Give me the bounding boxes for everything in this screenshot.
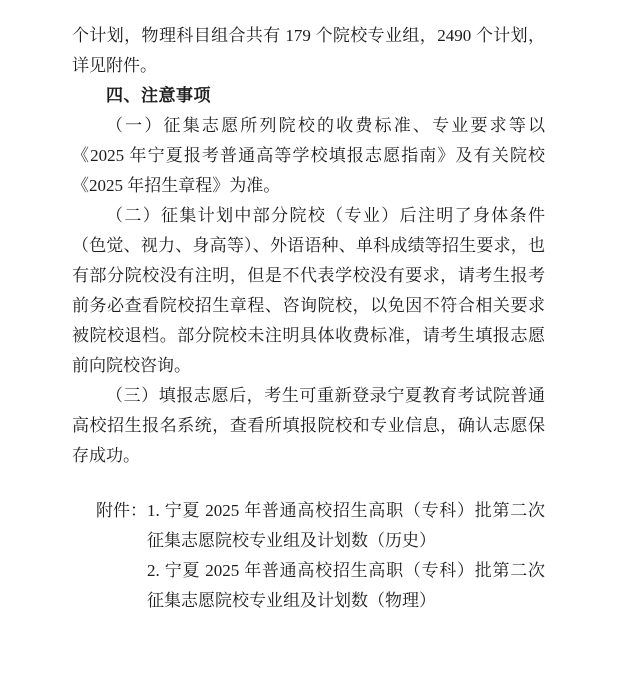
paragraph-note-1: （一）征集志愿所列院校的收费标准、专业要求等以《2025 年宁夏报考普通高等学校… [72, 111, 545, 201]
document-body: 个计划，物理科目组合共有 179 个院校专业组，2490 个计划，详见附件。 四… [72, 21, 545, 616]
document-page: 个计划，物理科目组合共有 179 个院校专业组，2490 个计划，详见附件。 四… [0, 0, 617, 690]
attachments-label: 附件： [96, 496, 147, 616]
paragraph-note-2: （二）征集计划中部分院校（专业）后注明了身体条件（色觉、视力、身高等）、外语语种… [72, 201, 545, 381]
attachment-item-1: 1. 宁夏 2025 年普通高校招生高职（专科）批第二次征集志愿院校专业组及计划… [147, 496, 545, 556]
section-heading-notes: 四、注意事项 [72, 81, 545, 111]
attachment-item-2: 2. 宁夏 2025 年普通高校招生高职（专科）批第二次征集志愿院校专业组及计划… [147, 556, 545, 616]
paragraph-note-3: （三）填报志愿后，考生可重新登录宁夏教育考试院普通高校招生报名系统，查看所填报院… [72, 381, 545, 471]
attachments-block: 附件： 1. 宁夏 2025 年普通高校招生高职（专科）批第二次征集志愿院校专业… [96, 496, 545, 616]
attachments-list: 1. 宁夏 2025 年普通高校招生高职（专科）批第二次征集志愿院校专业组及计划… [147, 496, 545, 616]
paragraph-continued: 个计划，物理科目组合共有 179 个院校专业组，2490 个计划，详见附件。 [72, 21, 545, 81]
